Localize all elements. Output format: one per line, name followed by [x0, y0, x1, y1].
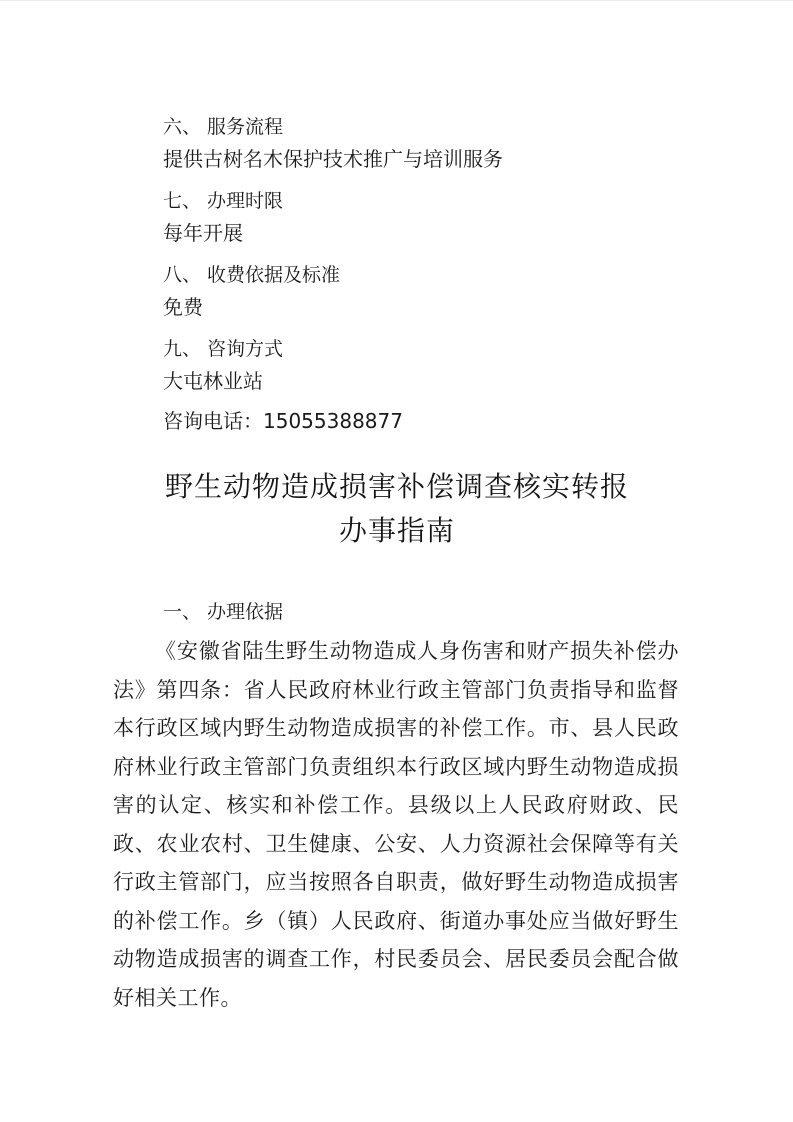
heading-consultation-method: 九、 咨询方式	[163, 335, 681, 363]
heading-processing-time-limit: 七、 办理时限	[163, 187, 681, 215]
document-title: 野生动物造成损害补偿调查核实转报 办事指南	[113, 465, 681, 553]
content-service-process: 提供古树名木保护技术推广与培训服务	[163, 145, 681, 173]
paragraph-processing-basis: 《安徽省陆生野生动物造成人身伤害和财产损失补偿办法》第四条：省人民政府林业行政主…	[113, 632, 679, 1017]
heading-service-process: 六、 服务流程	[163, 113, 681, 141]
content-fee-basis-standard: 免费	[163, 293, 681, 321]
content-processing-time-limit: 每年开展	[163, 219, 681, 247]
content-station-name: 大屯林业站	[163, 367, 681, 395]
heading-fee-basis-standard: 八、 收费依据及标准	[163, 261, 681, 289]
document-title-line-1: 野生动物造成损害补偿调查核实转报	[113, 465, 681, 509]
content-consultation-phone: 咨询电话：15055388877	[163, 407, 681, 435]
top-sections: 六、 服务流程 提供古树名木保护技术推广与培训服务 七、 办理时限 每年开展 八…	[113, 113, 681, 435]
heading-processing-basis: 一、 办理依据	[113, 598, 681, 626]
document-title-line-2: 办事指南	[113, 509, 681, 553]
document-page: 六、 服务流程 提供古树名木保护技术推广与培训服务 七、 办理时限 每年开展 八…	[0, 0, 793, 1122]
